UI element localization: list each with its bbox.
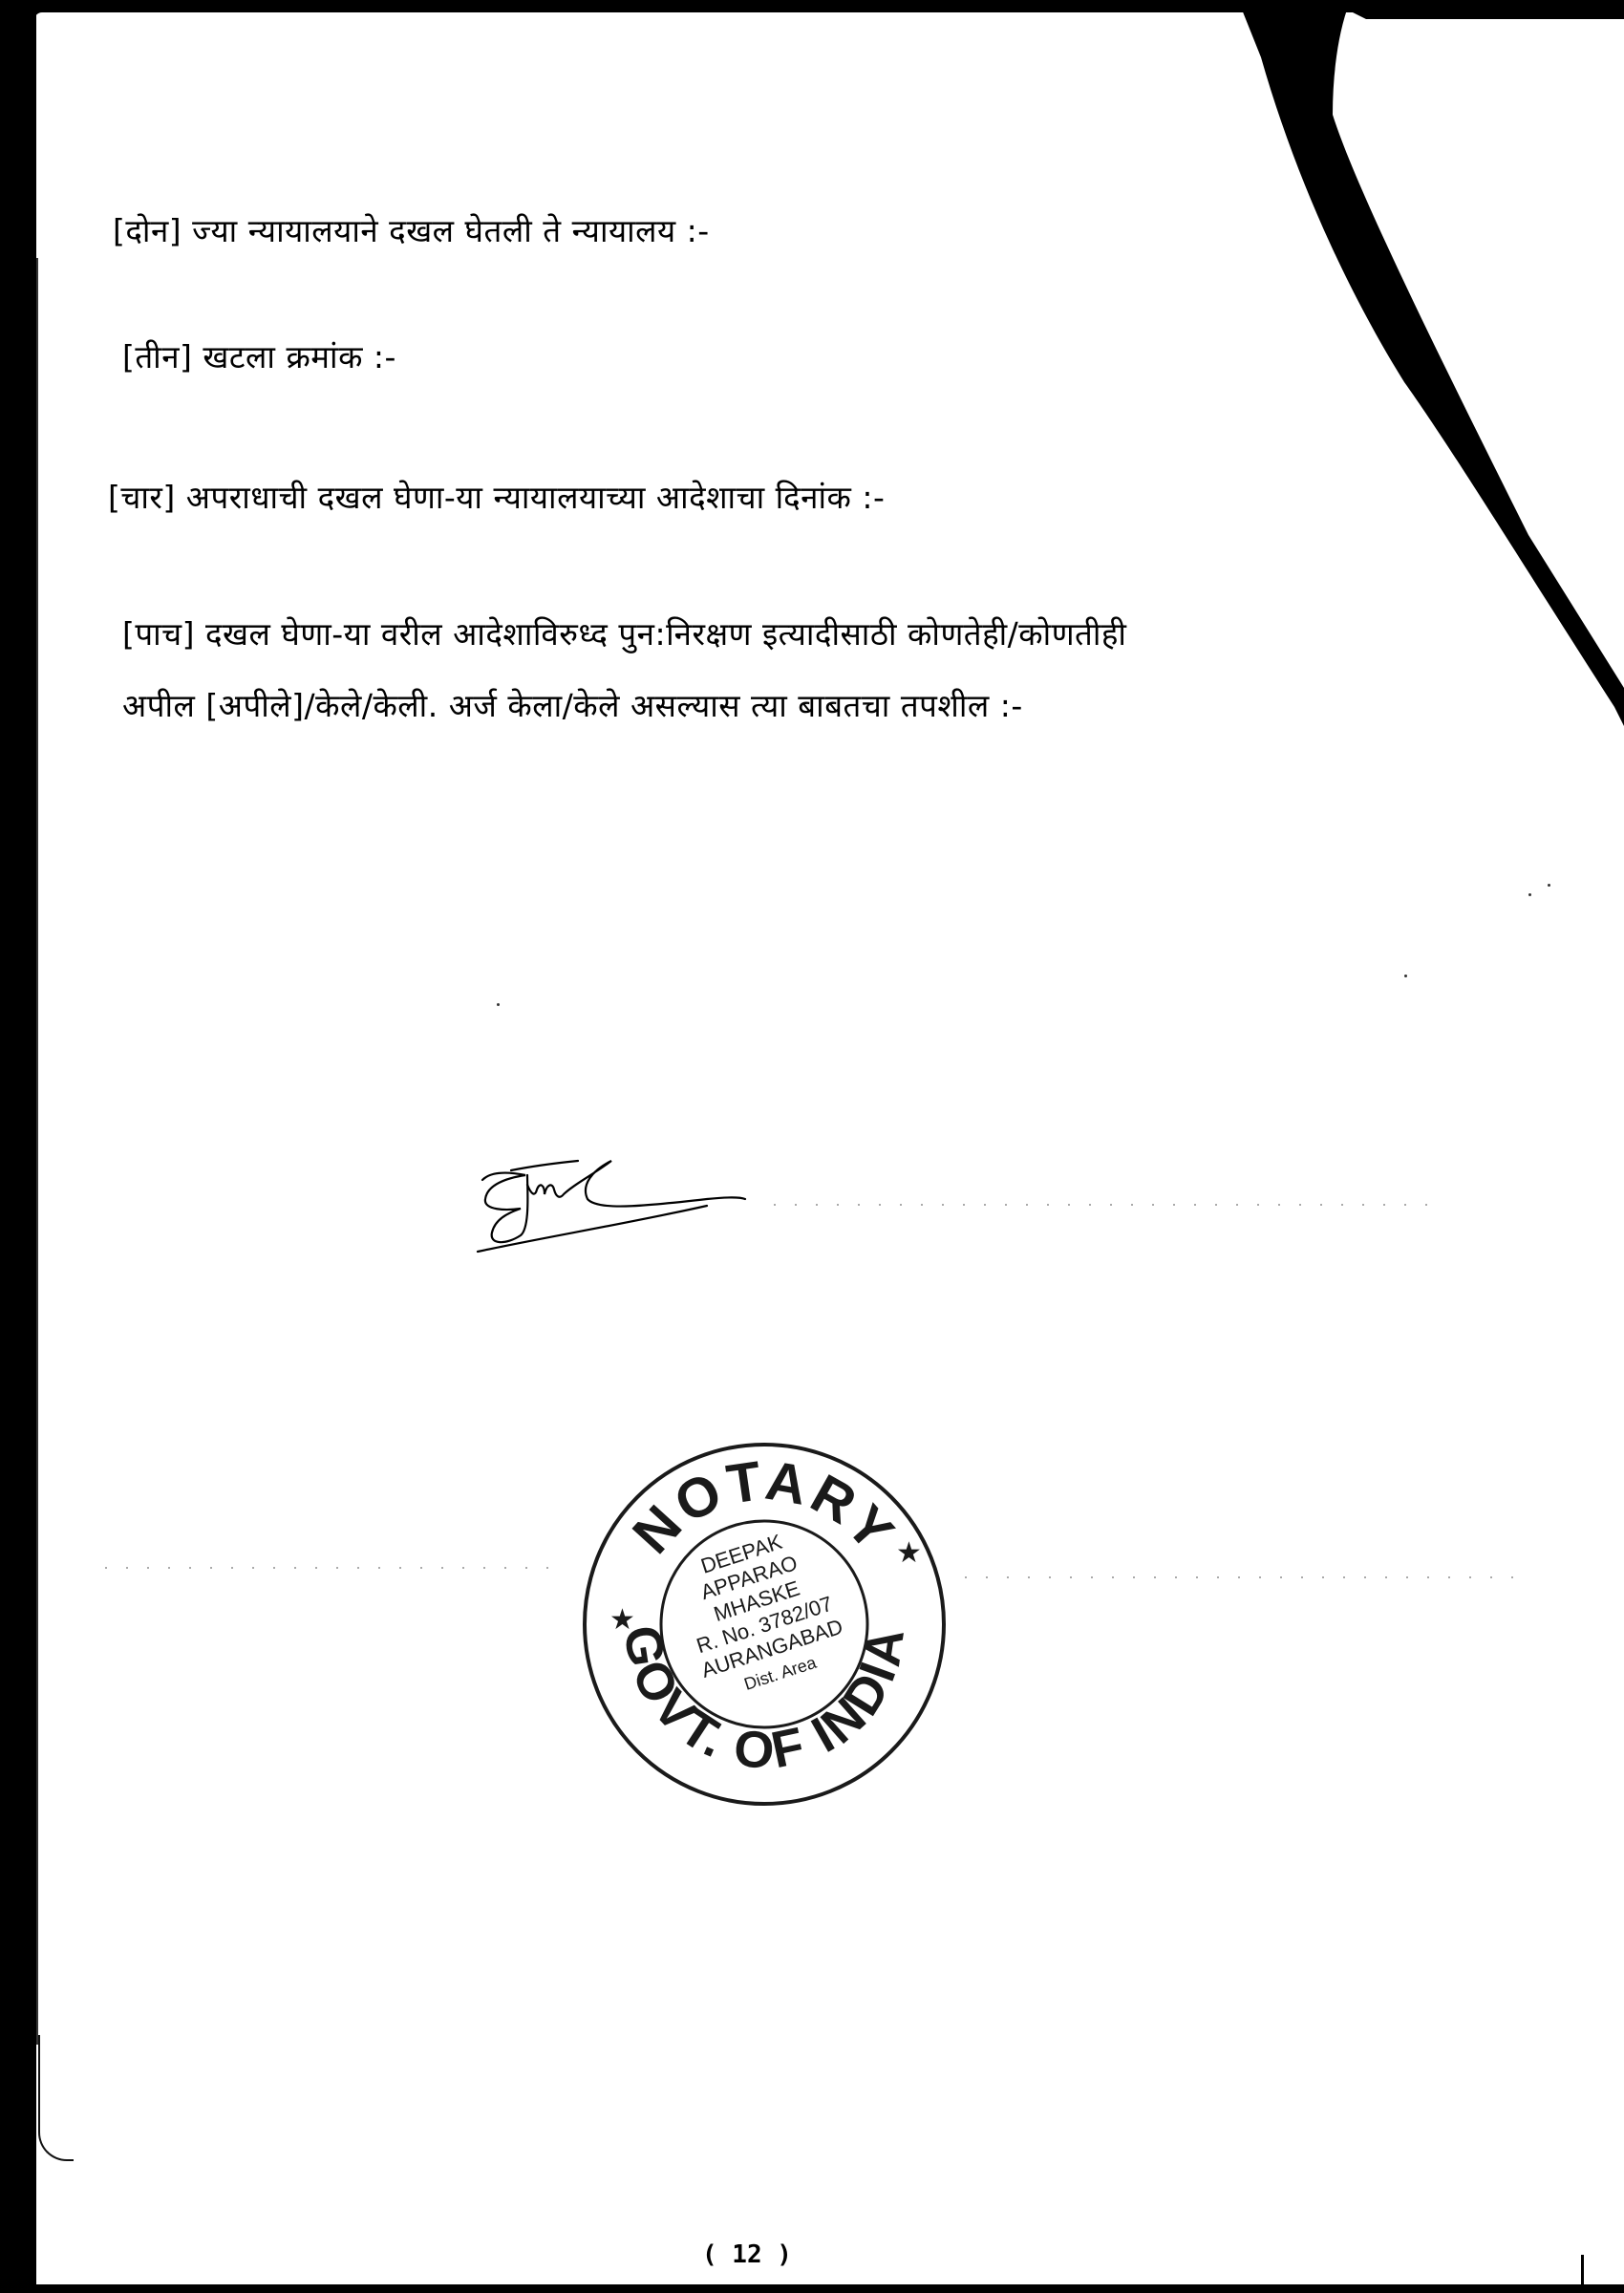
- signature-icon: [468, 1142, 755, 1256]
- scan-speck: [1404, 975, 1407, 977]
- item-text: दखल घेणा-या वरील आदेशाविरुध्द पुन:निरक्ष…: [205, 615, 1126, 653]
- notary-seal: NOTARY GOVT. OF INDIA ★ ★ DEEPAK APPARAO…: [573, 1433, 955, 1815]
- page-corner-line: [38, 2035, 74, 2161]
- scan-border-top: [0, 0, 1624, 12]
- item-text: खटला क्रमांक :-: [203, 338, 396, 375]
- dotted-line: [955, 1576, 1528, 1578]
- star-icon: ★: [609, 1603, 635, 1637]
- item-two: [दोन] ज्या न्यायालयाने दखल घेतली ते न्या…: [113, 208, 710, 251]
- dotted-line: [764, 1204, 1433, 1206]
- item-text: अपील [अपीले]/केले/केली. अर्ज केला/केले अ…: [122, 687, 1023, 724]
- scan-border-left: [0, 0, 36, 2293]
- item-label: [तीन]: [122, 338, 192, 375]
- scan-speck: [1548, 884, 1550, 887]
- page-margin-line: [36, 258, 38, 2045]
- item-label: [पाच]: [122, 615, 195, 653]
- item-label: [चार]: [108, 479, 176, 516]
- star-icon: ★: [896, 1536, 922, 1570]
- item-text: अपराधाची दखल घेणा-या न्यायालयाच्या आदेशा…: [186, 479, 886, 516]
- item-five: [पाच] दखल घेणा-या वरील आदेशाविरुध्द पुन:…: [122, 611, 1126, 654]
- item-three: [तीन] खटला क्रमांक :-: [122, 334, 396, 377]
- scan-speck: [1528, 893, 1531, 896]
- scan-border-bottom: [0, 2284, 1624, 2293]
- scan-speck: [497, 1003, 500, 1006]
- page-number: ( 12 ): [702, 2240, 792, 2269]
- item-label: [दोन]: [113, 212, 182, 249]
- scan-mark: [1581, 2255, 1584, 2285]
- item-text: ज्या न्यायालयाने दखल घेतली ते न्यायालय :…: [192, 212, 710, 249]
- item-five-continued: अपील [अपीले]/केले/केली. अर्ज केला/केले अ…: [122, 683, 1023, 726]
- item-four: [चार] अपराधाची दखल घेणा-या न्यायालयाच्या…: [108, 475, 885, 518]
- dotted-line: [96, 1567, 554, 1569]
